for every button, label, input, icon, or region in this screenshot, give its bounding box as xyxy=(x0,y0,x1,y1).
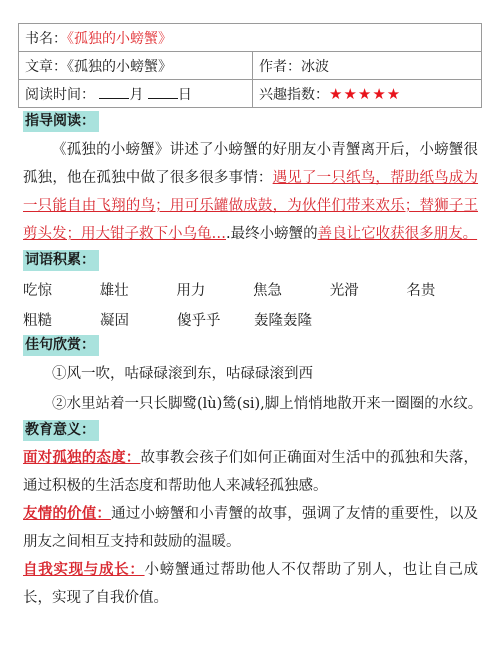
education-point-3: 自我实现与成长：小螃蟹通过帮助他人不仅帮助了别人，也让自己成长，实现了自我价值。 xyxy=(23,556,478,612)
vocab-word: 焦急 xyxy=(253,279,330,300)
author-cell: 作者：冰波 xyxy=(253,52,482,80)
interest-cell: 兴趣指数：★★★★★ xyxy=(253,80,482,108)
guided-reading-paragraph: 《孤独的小螃蟹》讲述了小螃蟹的好朋友小青蟹离开后，小螃蟹很孤独，他在孤独中做了很… xyxy=(23,136,478,248)
day-blank[interactable] xyxy=(148,86,178,99)
vocab-word: 名贵 xyxy=(406,279,483,300)
author-name: 冰波 xyxy=(301,59,329,75)
education-label-growth: 自我实现与成长： xyxy=(23,561,145,578)
book-row: 书名：《孤独的小螃蟹》 xyxy=(19,24,482,52)
vocab-word: 凝固 xyxy=(100,309,177,330)
book-label: 书名： xyxy=(25,31,67,47)
vocab-word: 轰隆轰隆 xyxy=(254,309,354,330)
author-label: 作者： xyxy=(259,59,301,75)
guided-reading-highlight-ending: 善良让它收获很多朋友。 xyxy=(318,226,478,242)
vocab-word: 用力 xyxy=(176,279,253,300)
education-point-1: 面对孤独的态度：故事教会孩子们如何正确面对生活中的孤独和失落，通过积极的生活态度… xyxy=(23,444,478,500)
article-label: 文章： xyxy=(25,59,67,75)
interest-label: 兴趣指数： xyxy=(259,87,329,103)
good-sentence-2: ②水里站着一只长脚鹭(lù)鸶(si),脚上悄悄地散开来一圈圈的水纹。 xyxy=(52,392,482,413)
article-cell: 文章：《孤独的小螃蟹》 xyxy=(19,52,253,80)
vocab-word: 粗糙 xyxy=(23,309,100,330)
vocab-word: 傻乎乎 xyxy=(177,309,254,330)
vocabulary-row: 粗糙 凝固 傻乎乎 轰隆轰隆 xyxy=(23,304,483,334)
time-interest-row: 阅读时间： 月 日 兴趣指数：★★★★★ xyxy=(19,80,482,108)
book-title: 《孤独的小螃蟹》 xyxy=(67,31,172,47)
guided-reading-heading: 指导阅读： xyxy=(23,111,99,132)
star-rating-icon: ★★★★★ xyxy=(329,85,401,103)
vocab-word: 吃惊 xyxy=(23,279,100,300)
vocab-word: 光滑 xyxy=(330,279,407,300)
good-sentences-heading: 佳句欣赏： xyxy=(23,335,99,356)
reading-time-label: 阅读时间： xyxy=(25,87,95,103)
education-label-friendship: 友情的价值： xyxy=(23,505,111,522)
vocabulary-grid: 吃惊 雄壮 用力 焦急 光滑 名贵 粗糙 凝固 傻乎乎 轰隆轰隆 xyxy=(23,274,483,334)
article-title: 《孤独的小螃蟹》 xyxy=(67,59,172,75)
book-cell: 书名：《孤独的小螃蟹》 xyxy=(19,24,482,52)
day-label: 日 xyxy=(178,87,192,103)
vocab-word: 雄壮 xyxy=(100,279,177,300)
guided-reading-middle: .最终小螃蟹的 xyxy=(226,226,318,242)
reading-time-cell: 阅读时间： 月 日 xyxy=(19,80,253,108)
education-heading: 教育意义： xyxy=(23,420,99,441)
article-author-row: 文章：《孤独的小螃蟹》 作者：冰波 xyxy=(19,52,482,80)
vocabulary-row: 吃惊 雄壮 用力 焦急 光滑 名贵 xyxy=(23,274,483,304)
vocabulary-heading: 词语积累： xyxy=(23,250,99,271)
education-point-2: 友情的价值：通过小螃蟹和小青蟹的故事，强调了友情的重要性，以及朋友之间相互支持和… xyxy=(23,500,478,556)
book-info-table: 书名：《孤独的小螃蟹》 文章：《孤独的小螃蟹》 作者：冰波 阅读时间： 月 日 … xyxy=(18,23,482,108)
education-label-loneliness: 面对孤独的态度： xyxy=(23,449,140,466)
month-blank[interactable] xyxy=(99,86,129,99)
month-label: 月 xyxy=(129,87,143,103)
good-sentence-1: ①风一吹，咕碌碌滚到东，咕碌碌滚到西 xyxy=(52,362,313,383)
